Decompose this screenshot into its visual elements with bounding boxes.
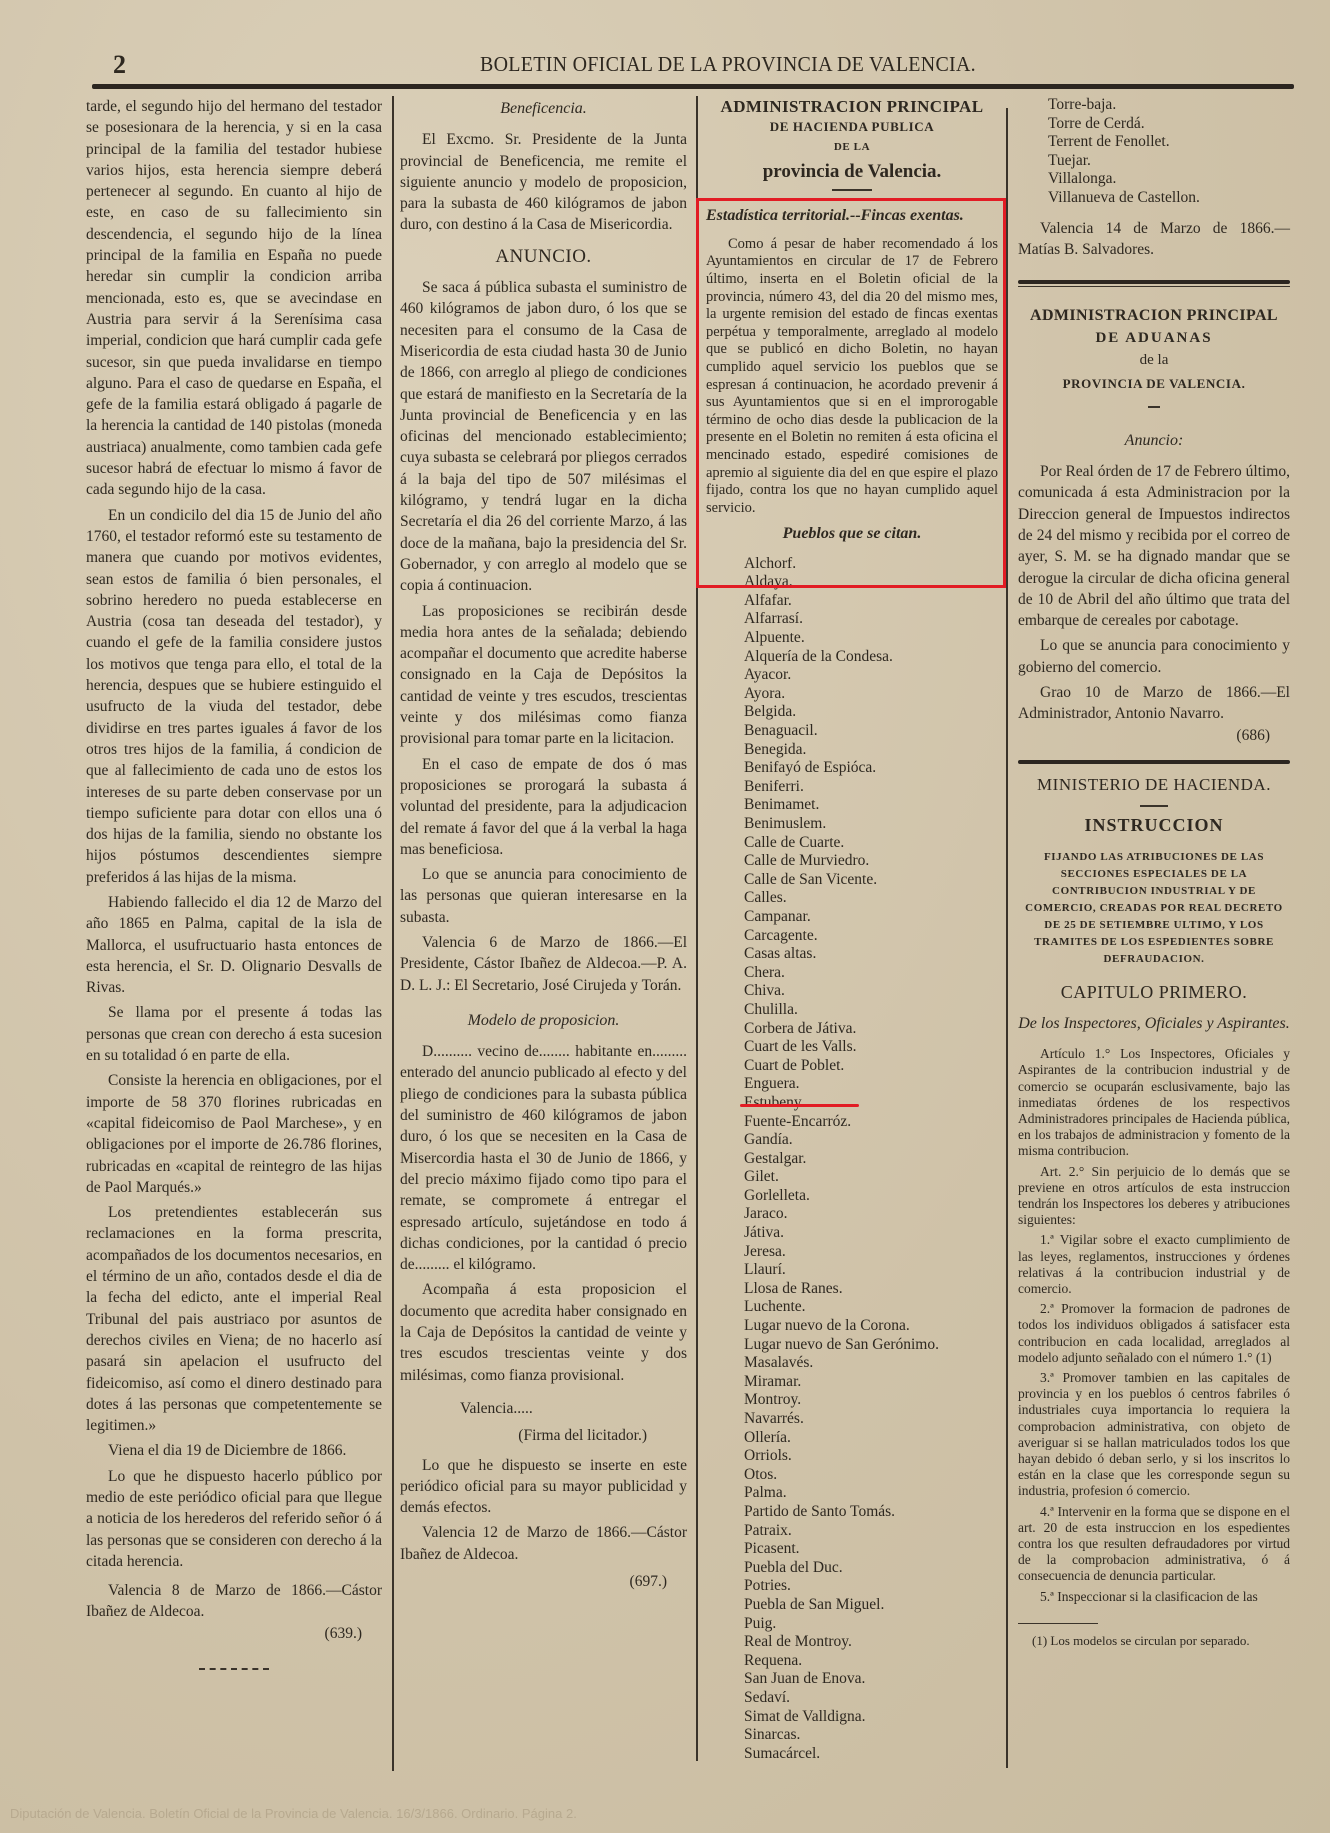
column-2: Beneficencia. El Excmo. Sr. Presidente d… <box>400 96 687 1592</box>
highlight-box <box>696 198 1006 588</box>
list-item: Simat de Valldigna. <box>744 1708 998 1727</box>
list-item: Tuejar. <box>1048 152 1290 171</box>
town-list-continued: Torre-baja. Torre de Cerdá. Terrent de F… <box>1048 96 1290 208</box>
reference-number: (639.) <box>86 1623 382 1644</box>
list-item: Patraix. <box>744 1522 998 1541</box>
instruccion-subtitle: FIJANDO LAS ATRIBUCIONES DE LAS SECCIONE… <box>1018 849 1290 968</box>
list-item: Potries. <box>744 1577 998 1596</box>
reference-number: (697.) <box>400 1571 687 1592</box>
list-item: Miramar. <box>744 1373 998 1392</box>
header-rule <box>92 84 1294 89</box>
paragraph: En un condicilo del dia 15 de Junio del … <box>86 505 382 888</box>
list-item: Benimuslem. <box>744 815 998 834</box>
list-item: Chera. <box>744 964 998 983</box>
list-item: Benegida. <box>744 741 998 760</box>
reference-number: (686) <box>1018 725 1290 746</box>
article: Artículo 1.° Los Inspectores, Oficiales … <box>1018 1046 1290 1159</box>
article: 3.ª Promover tambien en las capitales de… <box>1018 1370 1290 1500</box>
list-item: Gilet. <box>744 1168 998 1187</box>
aduanas-heading: ADMINISTRACION PRINCIPAL <box>1018 305 1290 326</box>
list-item: Luchente. <box>744 1298 998 1317</box>
paragraph: Habiendo fallecido el dia 12 de Marzo de… <box>86 892 382 998</box>
list-item: Carcagente. <box>744 927 998 946</box>
paragraph: Lo que he dispuesto se inserte en este p… <box>400 1455 687 1519</box>
admin-subheading: DE LA <box>706 137 998 157</box>
list-item: Picasent. <box>744 1540 998 1559</box>
aduanas-subheading: DE ADUANAS <box>1018 326 1290 350</box>
admin-province: provincia de Valencia. <box>706 161 998 182</box>
list-item: Gestalgar. <box>744 1150 998 1169</box>
list-item: Calles. <box>744 889 998 908</box>
list-item: Llaurí. <box>744 1261 998 1280</box>
page-number: 2 <box>113 50 126 80</box>
list-item-highlighted: Cuart de Poblet. <box>744 1057 998 1076</box>
signature: Grao 10 de Marzo de 1866.—El Administrad… <box>1018 682 1290 725</box>
paragraph: En el caso de empate de dos ó mas propos… <box>400 754 687 860</box>
list-item: Llosa de Ranes. <box>744 1280 998 1299</box>
capitulo-heading: CAPITULO PRIMERO. <box>1018 982 1290 1003</box>
highlight-underline <box>740 1104 859 1107</box>
paragraph: Lo que se anuncia para conocimiento y go… <box>1018 635 1290 678</box>
articles: Artículo 1.° Los Inspectores, Oficiales … <box>1018 1046 1290 1605</box>
anuncio-title: ANUNCIO. <box>400 246 687 267</box>
list-item: Lugar nuevo de San Gerónimo. <box>744 1336 998 1355</box>
list-item: Jeresa. <box>744 1243 998 1262</box>
list-item: Sumacárcel. <box>744 1745 998 1764</box>
paragraph: Se llama por el presente á todas las per… <box>86 1002 382 1066</box>
section-rule <box>1018 760 1290 764</box>
paragraph: Viena el dia 19 de Diciembre de 1866. <box>86 1440 382 1461</box>
list-item: Puebla de San Miguel. <box>744 1596 998 1615</box>
list-item: Navarrés. <box>744 1410 998 1429</box>
list-item: Terrent de Fenollet. <box>1048 133 1290 152</box>
column-divider-3 <box>1006 108 1008 1768</box>
anuncio-title: Anuncio: <box>1018 430 1290 451</box>
list-item: Orriols. <box>744 1447 998 1466</box>
modelo-title: Modelo de proposicion. <box>400 1010 687 1031</box>
list-item: Gandía. <box>744 1131 998 1150</box>
list-item: Requena. <box>744 1652 998 1671</box>
list-item: Benimamet. <box>744 796 998 815</box>
list-item: Corbera de Játiva. <box>744 1020 998 1039</box>
dashed-separator <box>199 1668 269 1670</box>
paragraph: Lo que he dispuesto hacerlo público por … <box>86 1466 382 1572</box>
list-item: Sedaví. <box>744 1689 998 1708</box>
aduanas-province: PROVINCIA DE VALENCIA. <box>1018 372 1290 396</box>
capitulo-subtitle: De los Inspectores, Oficiales y Aspirant… <box>1018 1013 1290 1034</box>
list-item: Alpuente. <box>744 629 998 648</box>
article: 4.ª Intervenir en la forma que se dispon… <box>1018 1504 1290 1585</box>
list-item: Lugar nuevo de la Corona. <box>744 1317 998 1336</box>
list-item: Ayacor. <box>744 666 998 685</box>
list-item: Torre-baja. <box>1048 96 1290 115</box>
article: Art. 2.° Sin perjuicio de lo demás que s… <box>1018 1164 1290 1229</box>
section-rule <box>1018 280 1290 284</box>
list-item: Villanueva de Castellon. <box>1048 189 1290 208</box>
list-item: Cuart de les Valls. <box>744 1038 998 1057</box>
list-item: Puig. <box>744 1615 998 1634</box>
list-item: Játiva. <box>744 1224 998 1243</box>
list-item: Calle de San Vicente. <box>744 871 998 890</box>
list-item: Benifayó de Espióca. <box>744 759 998 778</box>
list-item: Calle de Cuarte. <box>744 834 998 853</box>
list-item: San Juan de Enova. <box>744 1670 998 1689</box>
list-item: Jaraco. <box>744 1205 998 1224</box>
aduanas-subheading: de la <box>1018 350 1290 371</box>
list-item: Alfarrasí. <box>744 610 998 629</box>
paragraph: Por Real órden de 17 de Febrero último, … <box>1018 461 1290 631</box>
section-rule-thin <box>1018 286 1290 287</box>
paragraph: Se saca á pública subasta el suministro … <box>400 277 687 596</box>
list-item: Alfafar. <box>744 592 998 611</box>
section-title: Beneficencia. <box>400 98 687 119</box>
list-item: Campanar. <box>744 908 998 927</box>
footnote: (1) Los modelos se circulan por separado… <box>1018 1630 1290 1651</box>
firma-licitador: (Firma del licitador.) <box>400 1425 687 1446</box>
signature: Valencia 6 de Marzo de 1866.—El Presiden… <box>400 932 687 996</box>
paragraph: Las proposiciones se recibirán desde med… <box>400 601 687 750</box>
admin-subheading: DE HACIENDA PUBLICA <box>706 117 998 137</box>
list-item: Partido de Santo Tomás. <box>744 1503 998 1522</box>
paragraph: El Excmo. Sr. Presidente de la Junta pro… <box>400 129 687 235</box>
list-item: Real de Montroy. <box>744 1633 998 1652</box>
paragraph: D.......... vecino de........ habitante … <box>400 1041 687 1275</box>
signature: Valencia 14 de Marzo de 1866.—Matías B. … <box>1018 218 1290 261</box>
signature: Valencia 12 de Marzo de 1866.—Cástor Iba… <box>400 1522 687 1565</box>
town-list: Alchorf. Aldaya. Alfafar. Alfarrasí. Alp… <box>744 555 998 1764</box>
list-item: Villalonga. <box>1048 170 1290 189</box>
list-item: Enguera. <box>744 1075 998 1094</box>
list-item: Benaguacil. <box>744 722 998 741</box>
instruccion-heading: INSTRUCCION <box>1018 815 1290 836</box>
list-item: Fuente-Encarróz. <box>744 1113 998 1132</box>
ministerio-heading: MINISTERIO DE HACIENDA. <box>1018 774 1290 795</box>
list-item: Casas altas. <box>744 945 998 964</box>
list-item: Beniferri. <box>744 778 998 797</box>
list-item: Torre de Cerdá. <box>1048 115 1290 134</box>
list-item: Otos. <box>744 1466 998 1485</box>
list-item: Gorlelleta. <box>744 1187 998 1206</box>
paragraph: Acompaña á esta proposicion el documento… <box>400 1279 687 1385</box>
signature: Valencia 8 de Marzo de 1866.—Cástor Ibañ… <box>86 1580 382 1623</box>
newspaper-page: 2 BOLETIN OFICIAL DE LA PROVINCIA DE VAL… <box>0 0 1330 1833</box>
paragraph: Consiste la herencia en obligaciones, po… <box>86 1070 382 1198</box>
list-item: Palma. <box>744 1484 998 1503</box>
short-rule <box>1140 805 1168 807</box>
admin-heading: ADMINISTRACION PRINCIPAL <box>706 96 998 117</box>
footer-caption: Diputación de Valencia. Boletín Oficial … <box>10 1806 577 1821</box>
list-item: Montroy. <box>744 1391 998 1410</box>
running-title: BOLETIN OFICIAL DE LA PROVINCIA DE VALEN… <box>480 52 976 77</box>
list-item: Calle de Murviedro. <box>744 852 998 871</box>
valencia-blank: Valencia..... <box>400 1398 687 1419</box>
paragraph: tarde, el segundo hijo del hermano del t… <box>86 96 382 501</box>
paragraph: Lo que se anuncia para conocimiento de l… <box>400 864 687 928</box>
column-1: tarde, el segundo hijo del hermano del t… <box>86 96 382 1670</box>
list-item: Chulilla. <box>744 1001 998 1020</box>
list-item: Puebla del Duc. <box>744 1559 998 1578</box>
column-4: Torre-baja. Torre de Cerdá. Terrent de F… <box>1018 96 1290 1651</box>
list-item: Sinarcas. <box>744 1726 998 1745</box>
list-item: Masalavés. <box>744 1354 998 1373</box>
article: 2.ª Promover la formacion de padrones de… <box>1018 1301 1290 1366</box>
footnote-rule <box>1018 1623 1098 1624</box>
list-item: Ayora. <box>744 685 998 704</box>
column-divider-1 <box>392 96 394 1771</box>
list-item: Chiva. <box>744 982 998 1001</box>
list-item: Belgida. <box>744 703 998 722</box>
short-rule <box>1148 406 1160 408</box>
article: 1.ª Vigilar sobre el exacto cumplimiento… <box>1018 1232 1290 1297</box>
paragraph: Los pretendientes establecerán sus recla… <box>86 1202 382 1436</box>
list-item: Ollería. <box>744 1429 998 1448</box>
list-item: Alquería de la Condesa. <box>744 648 998 667</box>
short-rule <box>832 189 872 191</box>
article: 5.ª Inspeccionar si la clasificacion de … <box>1018 1589 1290 1605</box>
